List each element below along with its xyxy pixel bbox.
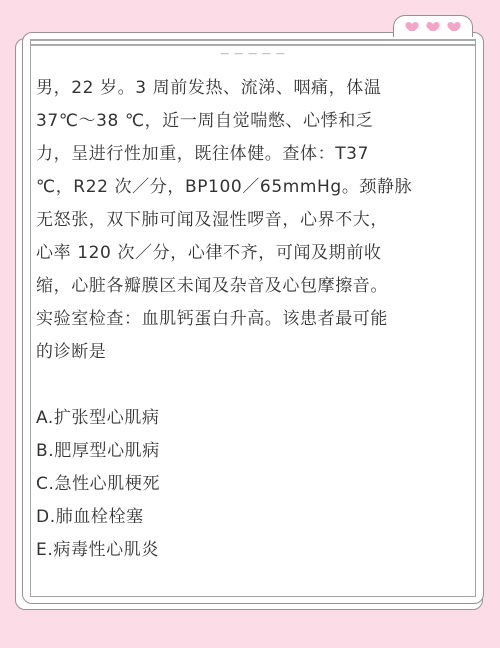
- dash-divider: — — — — —: [31, 49, 475, 59]
- question-stem: 男，22 岁。3 周前发热、流涕、咽痛，体温 37℃～38 ℃，近一周自觉喘憋、…: [36, 72, 436, 369]
- top-bar-divider: [31, 39, 475, 46]
- stem-line: 缩，心脏各瓣膜区未闻及杂音及心包摩擦音。: [36, 270, 436, 303]
- option-d: D.肺血栓栓塞: [36, 501, 436, 534]
- stem-line: 无怒张，双下肺可闻及湿性啰音，心界不大，: [36, 204, 436, 237]
- stem-line: 实验室检查：血肌钙蛋白升高。该患者最可能: [36, 303, 436, 336]
- option-e: E.病毒性心肌炎: [36, 534, 436, 567]
- stem-line: 的诊断是: [36, 336, 436, 369]
- stem-line: 心率 120 次／分，心律不齐，可闻及期前收: [36, 237, 436, 270]
- stem-line: 力，呈进行性加重，既往体健。查体：T37: [36, 138, 436, 171]
- stem-line: 37℃～38 ℃，近一周自觉喘憋、心悸和乏: [36, 105, 436, 138]
- question-content: 男，22 岁。3 周前发热、流涕、咽痛，体温 37℃～38 ℃，近一周自觉喘憋、…: [36, 72, 436, 567]
- tab-joint: [395, 31, 471, 35]
- stem-line: 男，22 岁。3 周前发热、流涕、咽痛，体温: [36, 72, 436, 105]
- option-b: B.肥厚型心肌病: [36, 435, 436, 468]
- stem-line: ℃，R22 次／分，BP100／65mmHg。颈静脉: [36, 171, 436, 204]
- option-a: A.扩张型心肌病: [36, 402, 436, 435]
- answer-options: A.扩张型心肌病 B.肥厚型心肌病 C.急性心肌梗死 D.肺血栓栓塞 E.病毒性…: [36, 402, 436, 567]
- option-c: C.急性心肌梗死: [36, 468, 436, 501]
